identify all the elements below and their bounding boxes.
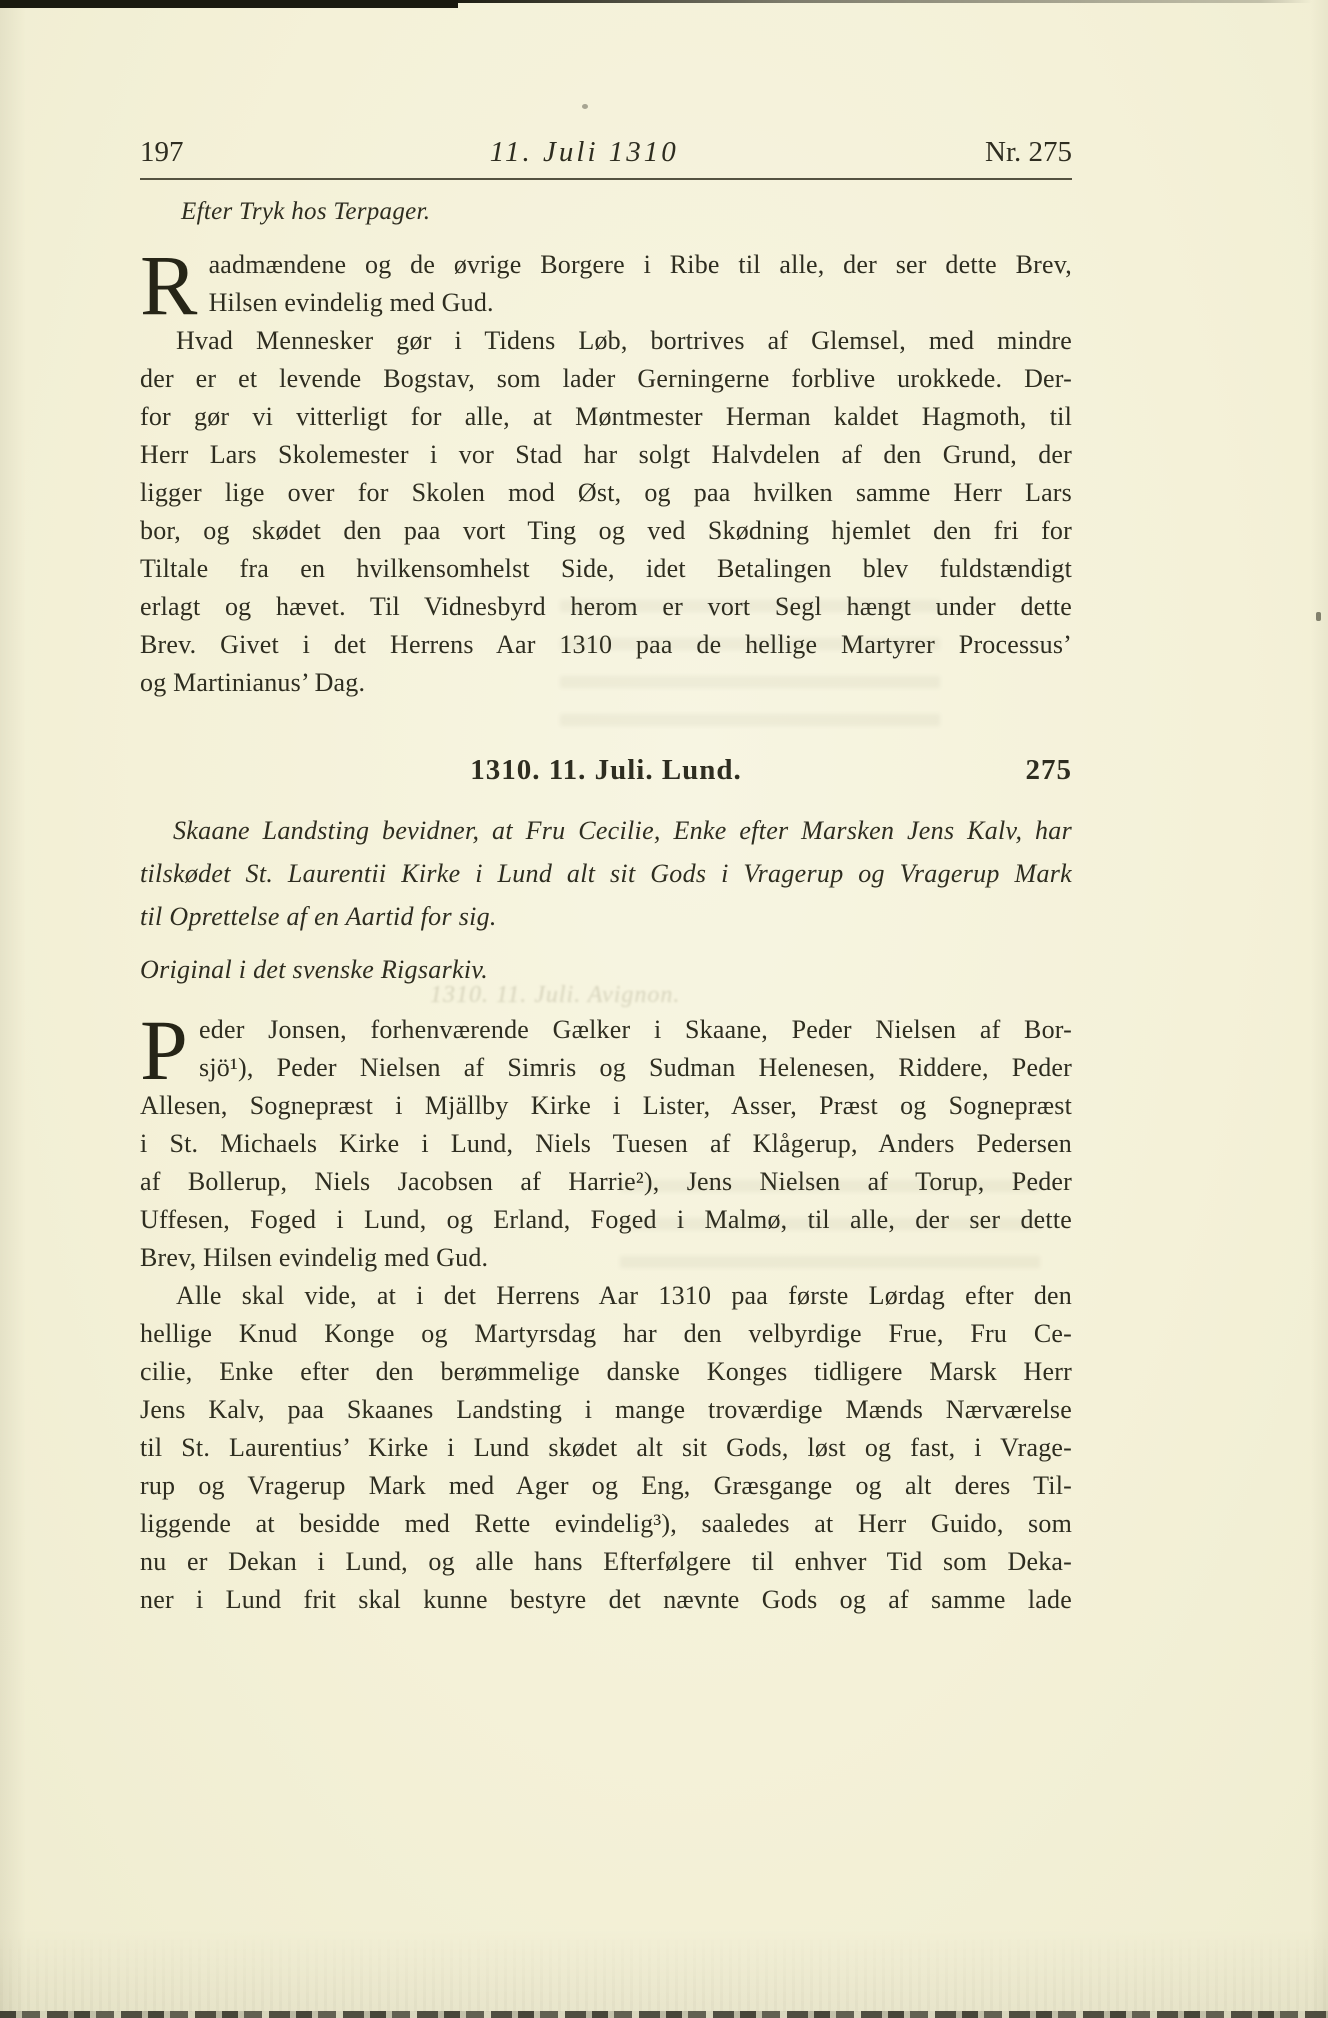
doc2-heading-number: 275 (1026, 754, 1073, 787)
text-line: erlagt og hævet. Til Vidnesbyrd herom er… (140, 588, 1072, 626)
text-line: til St. Laurentius’ Kirke i Lund skødet … (140, 1429, 1072, 1467)
text-line: Tiltale fra en hvilkensomhelst Side, ide… (140, 550, 1072, 588)
doc2-summary: Skaane Landsting bevidner, at Fru Cecili… (140, 809, 1072, 991)
text-line: nu er Dekan i Lund, og alle hans Efterfø… (140, 1543, 1072, 1581)
doc2-heading: 1310. 11. Juli. Lund. 275 (140, 754, 1072, 787)
doc2-summary-lines: Skaane Landsting bevidner, at Fru Cecili… (140, 809, 1072, 938)
text-line: Hilsen evindelig med Gud. (140, 284, 1072, 322)
text-column: 197 11. Juli 1310 Nr. 275 Efter Tryk hos… (140, 136, 1072, 1619)
doc2-heading-date: 1310. 11. Juli. Lund. (470, 754, 742, 786)
doc2-dropcap: P (140, 1011, 199, 1084)
text-line: aadmændene og de øvrige Borgere i Ribe t… (140, 246, 1072, 284)
doc1-paragraph-1: aadmændene og de øvrige Borgere i Ribe t… (140, 246, 1072, 322)
doc1-body: R aadmændene og de øvrige Borgere i Ribe… (140, 246, 1072, 702)
scan-header-speck (582, 104, 588, 109)
text-line: rup og Vragerup Mark med Ager og Eng, Gr… (140, 1467, 1072, 1505)
text-line: der er et levende Bogstav, som lader Ger… (140, 360, 1072, 398)
doc2-paragraph-2: Alle skal vide, at i det Herrens Aar 131… (140, 1277, 1072, 1619)
doc2-paragraph-1: eder Jonsen, forhenværende Gælker i Skaa… (140, 1011, 1072, 1277)
scan-top-edge-dark-block (0, 0, 458, 8)
header-date-title: 11. Juli 1310 (490, 136, 679, 169)
scanned-book-page: 1310. 11. Juli. Avignon. 197 11. Juli 13… (0, 0, 1328, 2018)
text-line: eder Jonsen, forhenværende Gælker i Skaa… (140, 1011, 1072, 1049)
text-line: hellige Knud Konge og Martyrsdag har den… (140, 1315, 1072, 1353)
text-line: cilie, Enke efter den berømmelige danske… (140, 1353, 1072, 1391)
doc2-source-note: Original i det svenske Rigsarkiv. (140, 948, 1072, 991)
text-line: Alle skal vide, at i det Herrens Aar 131… (140, 1277, 1072, 1315)
scan-bottom-edge (0, 2011, 1328, 2018)
text-line: sjö¹), Peder Nielsen af Simris og Sudman… (140, 1049, 1072, 1087)
text-line: bor, og skødet den paa vort Ting og ved … (140, 512, 1072, 550)
doc1-source-note: Efter Tryk hos Terpager. (181, 198, 1072, 226)
text-line: Skaane Landsting bevidner, at Fru Cecili… (140, 809, 1072, 852)
page-number: 197 (140, 136, 184, 169)
text-line: og Martinianus’ Dag. (140, 664, 1072, 702)
text-line: tilskødet St. Laurentii Kirke i Lund alt… (140, 852, 1072, 895)
text-line: ligger lige over for Skolen mod Øst, og … (140, 474, 1072, 512)
doc2-body: P eder Jonsen, forhenværende Gælker i Sk… (140, 1011, 1072, 1619)
scan-bottom-streaks (0, 1932, 1328, 2012)
running-header: 197 11. Juli 1310 Nr. 275 (140, 136, 1072, 180)
text-line: Uffesen, Foged i Lund, og Erland, Foged … (140, 1201, 1072, 1239)
text-line: Brev. Givet i det Herrens Aar 1310 paa d… (140, 626, 1072, 664)
text-line: Hvad Mennesker gør i Tidens Løb, bortriv… (140, 322, 1072, 360)
scan-margin-speck (1316, 612, 1321, 621)
text-line: af Bollerup, Niels Jacobsen af Harrie²),… (140, 1163, 1072, 1201)
doc1-paragraph-2: Hvad Mennesker gør i Tidens Løb, bortriv… (140, 322, 1072, 702)
doc1-dropcap: R (140, 246, 209, 319)
text-line: Jens Kalv, paa Skaanes Landsting i mange… (140, 1391, 1072, 1429)
text-line: ner i Lund frit skal kunne bestyre det n… (140, 1581, 1072, 1619)
text-line: Brev, Hilsen evindelig med Gud. (140, 1239, 1072, 1277)
header-document-number: Nr. 275 (985, 136, 1072, 169)
text-line: til Oprettelse af en Aartid for sig. (140, 895, 1072, 938)
text-line: Allesen, Sognepræst i Mjällby Kirke i Li… (140, 1087, 1072, 1125)
text-line: Herr Lars Skolemester i vor Stad har sol… (140, 436, 1072, 474)
text-line: i St. Michaels Kirke i Lund, Niels Tuese… (140, 1125, 1072, 1163)
text-line: liggende at besidde med Rette evindelig³… (140, 1505, 1072, 1543)
text-line: for gør vi vitterligt for alle, at Møntm… (140, 398, 1072, 436)
